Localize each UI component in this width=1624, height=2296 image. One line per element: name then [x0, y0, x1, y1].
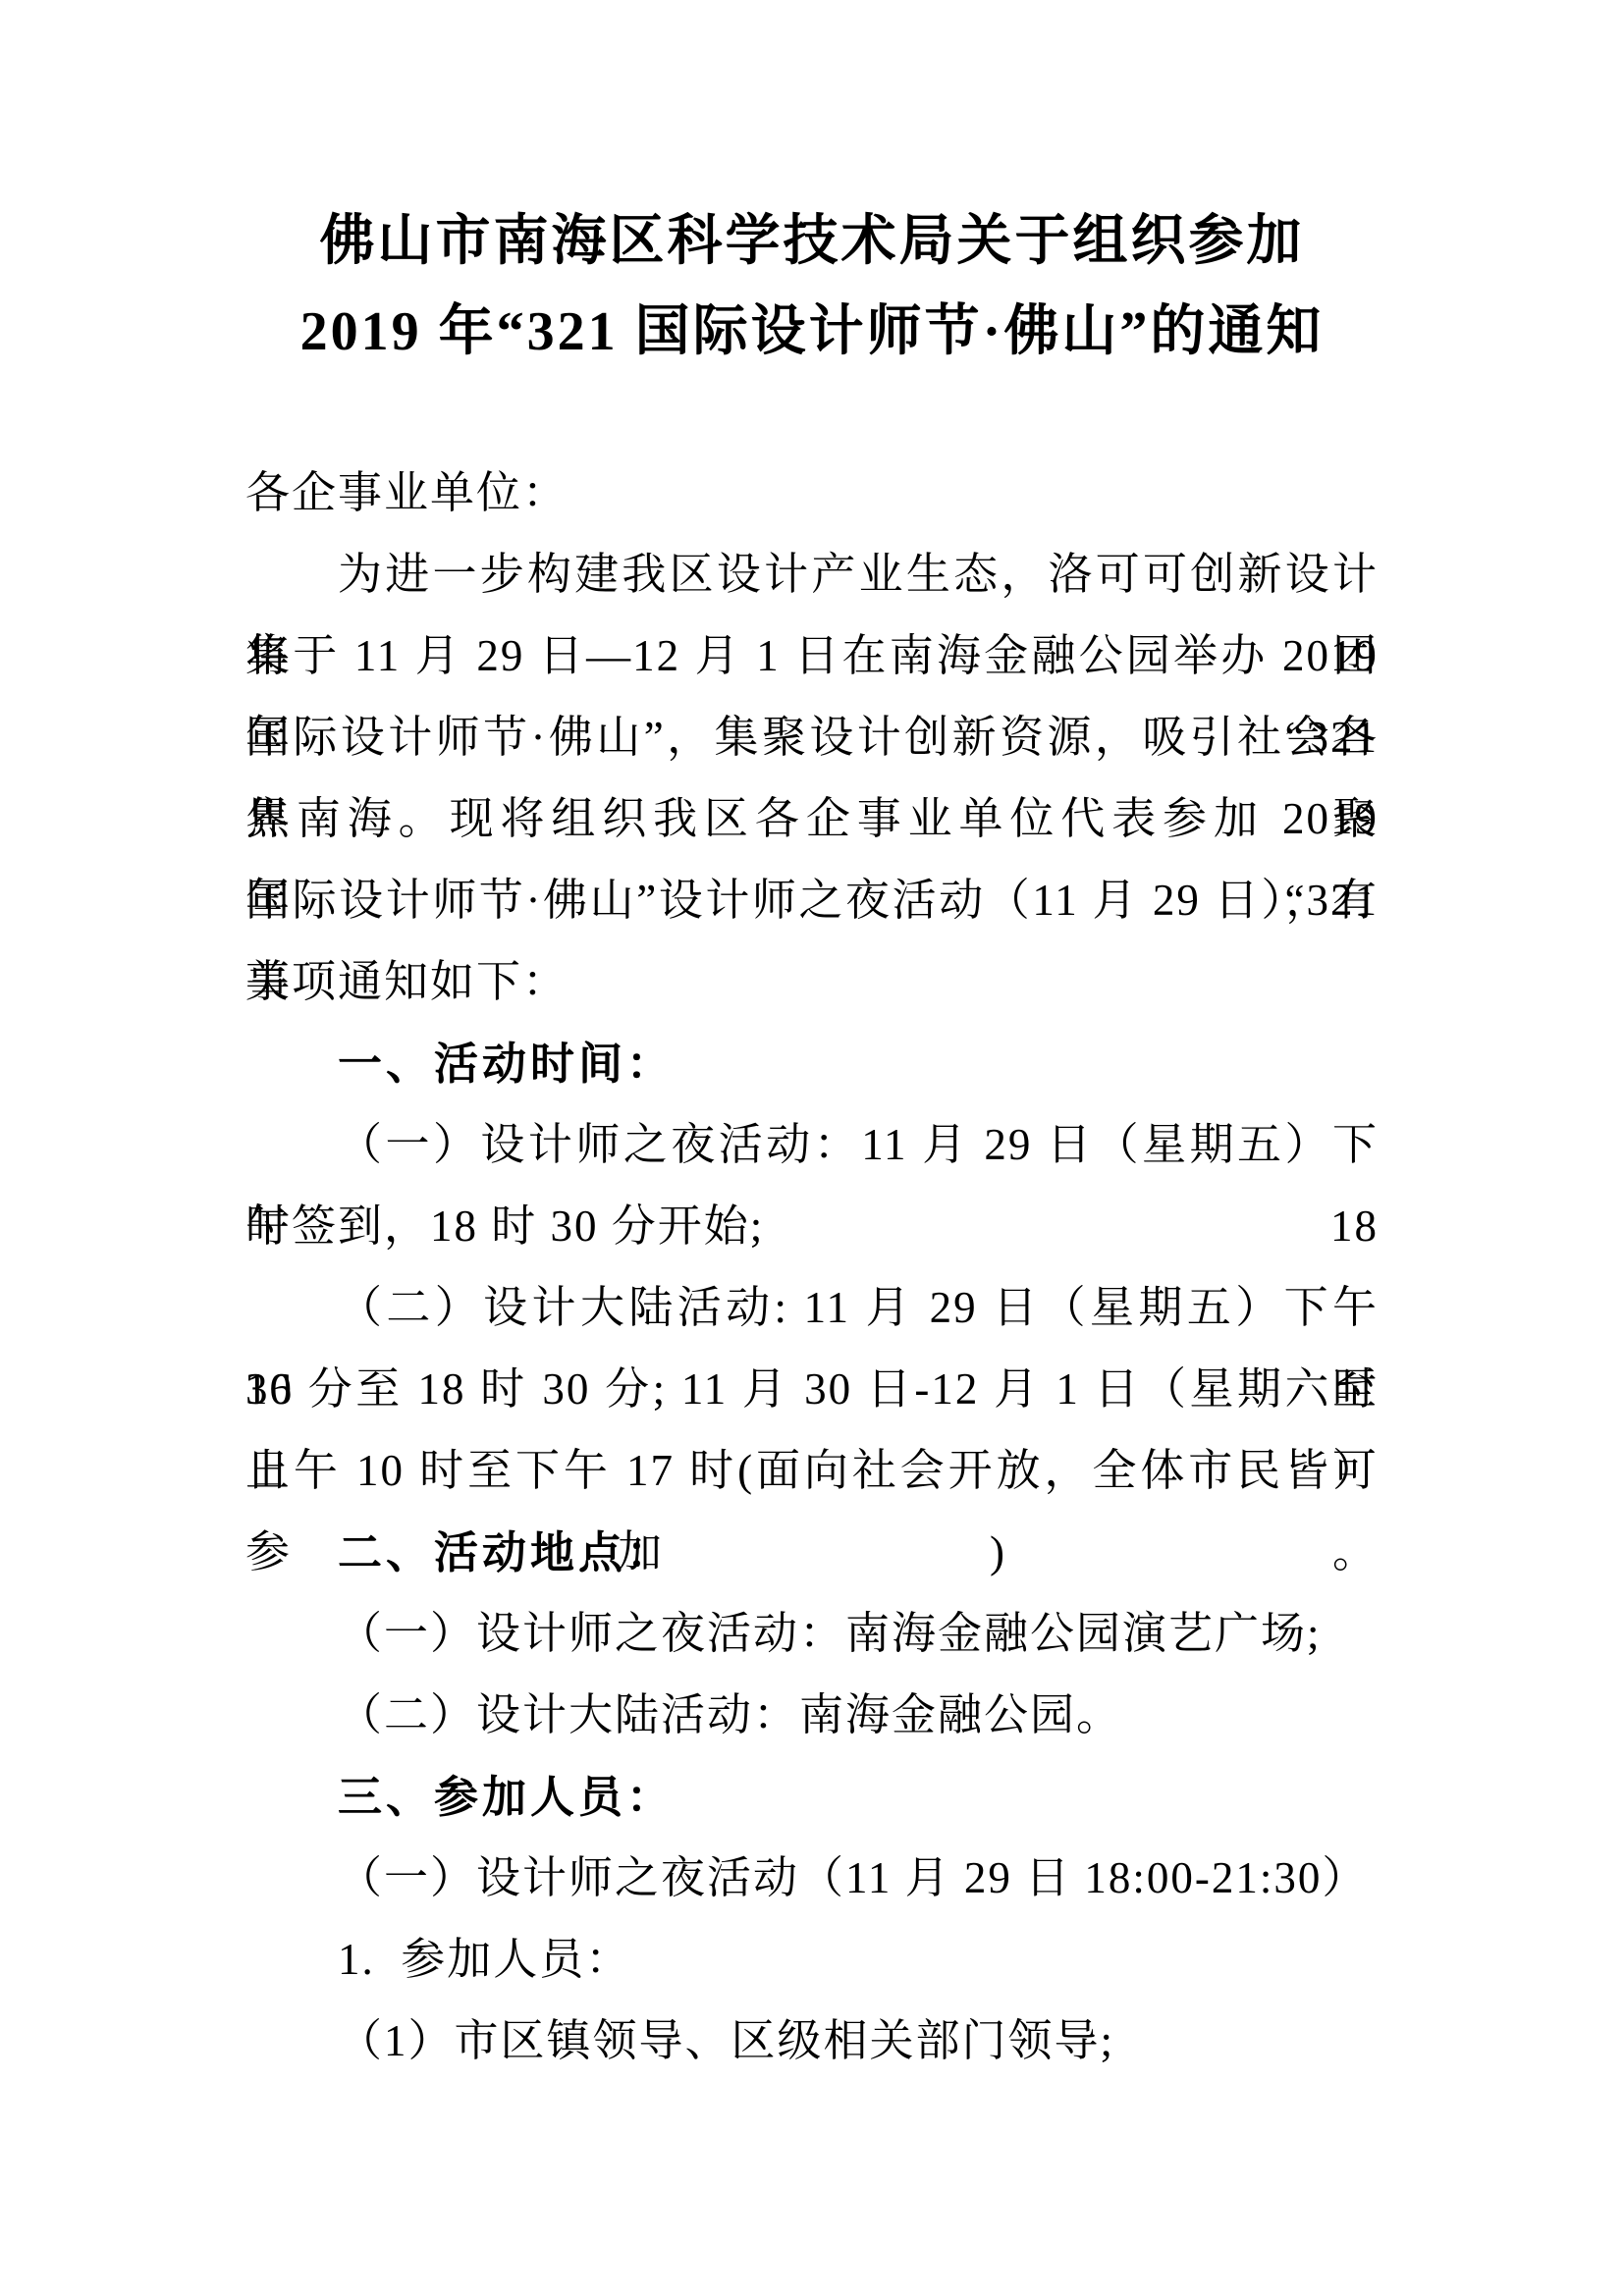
document-body: 各企事业单位：为进一步构建我区设计产业生态，洛可可创新设计集团将于 11 月 2…	[245, 453, 1379, 2082]
body-line-13: 上午 10 时至下午 17 时(面向社会开放，全体市民皆可参加)。	[245, 1430, 1379, 1512]
body-line-7: 事项通知如下：	[245, 941, 1379, 1023]
body-line-4: 国际设计师节·佛山”，集聚设计创新资源，吸引社会各界聚	[245, 697, 1379, 778]
body-line-16: （二）设计大陆活动：南海金融公园。	[245, 1675, 1379, 1756]
body-line-8: 一、活动时间：	[245, 1023, 1379, 1104]
body-line-6: 国际设计师节·佛山”设计师之夜活动（11 月 29 日），有关	[245, 860, 1379, 941]
body-line-5: 焦南海。现将组织我区各企事业单位代表参加 2019 年“321	[245, 778, 1379, 860]
body-line-9: （一）设计师之夜活动：11 月 29 日（星期五）下午 18	[245, 1104, 1379, 1186]
body-line-15: （一）设计师之夜活动：南海金融公园演艺广场;	[245, 1593, 1379, 1675]
body-line-1: 各企事业单位：	[245, 453, 1379, 534]
document-title: 佛山市南海区科学技术局关于组织参加 2019 年“321 国际设计师节·佛山”的…	[245, 196, 1379, 377]
body-line-17: 三、参加人员：	[245, 1756, 1379, 1838]
document-title-line-2: 2019 年“321 国际设计师节·佛山”的通知	[245, 287, 1379, 377]
body-line-18: （一）设计师之夜活动（11 月 29 日 18:00-21:30）	[245, 1838, 1379, 1919]
body-line-19: 1. 参加人员：	[245, 1919, 1379, 2001]
document-page: 佛山市南海区科学技术局关于组织参加 2019 年“321 国际设计师节·佛山”的…	[0, 0, 1624, 2296]
body-line-12: 30 分至 18 时 30 分; 11 月 30 日-12 月 1 日（星期六至…	[245, 1349, 1379, 1430]
body-line-2: 为进一步构建我区设计产业生态，洛可可创新设计集团	[245, 534, 1379, 615]
body-line-20: （1）市区镇领导、区级相关部门领导;	[245, 2001, 1379, 2082]
document-title-line-1: 佛山市南海区科学技术局关于组织参加	[245, 196, 1379, 287]
document-content: 佛山市南海区科学技术局关于组织参加 2019 年“321 国际设计师节·佛山”的…	[245, 196, 1379, 2082]
body-line-3: 将于 11 月 29 日—12 月 1 日在南海金融公园举办 2019 年“32…	[245, 615, 1379, 697]
body-line-11: （二）设计大陆活动: 11 月 29 日（星期五）下午 16 时	[245, 1267, 1379, 1349]
